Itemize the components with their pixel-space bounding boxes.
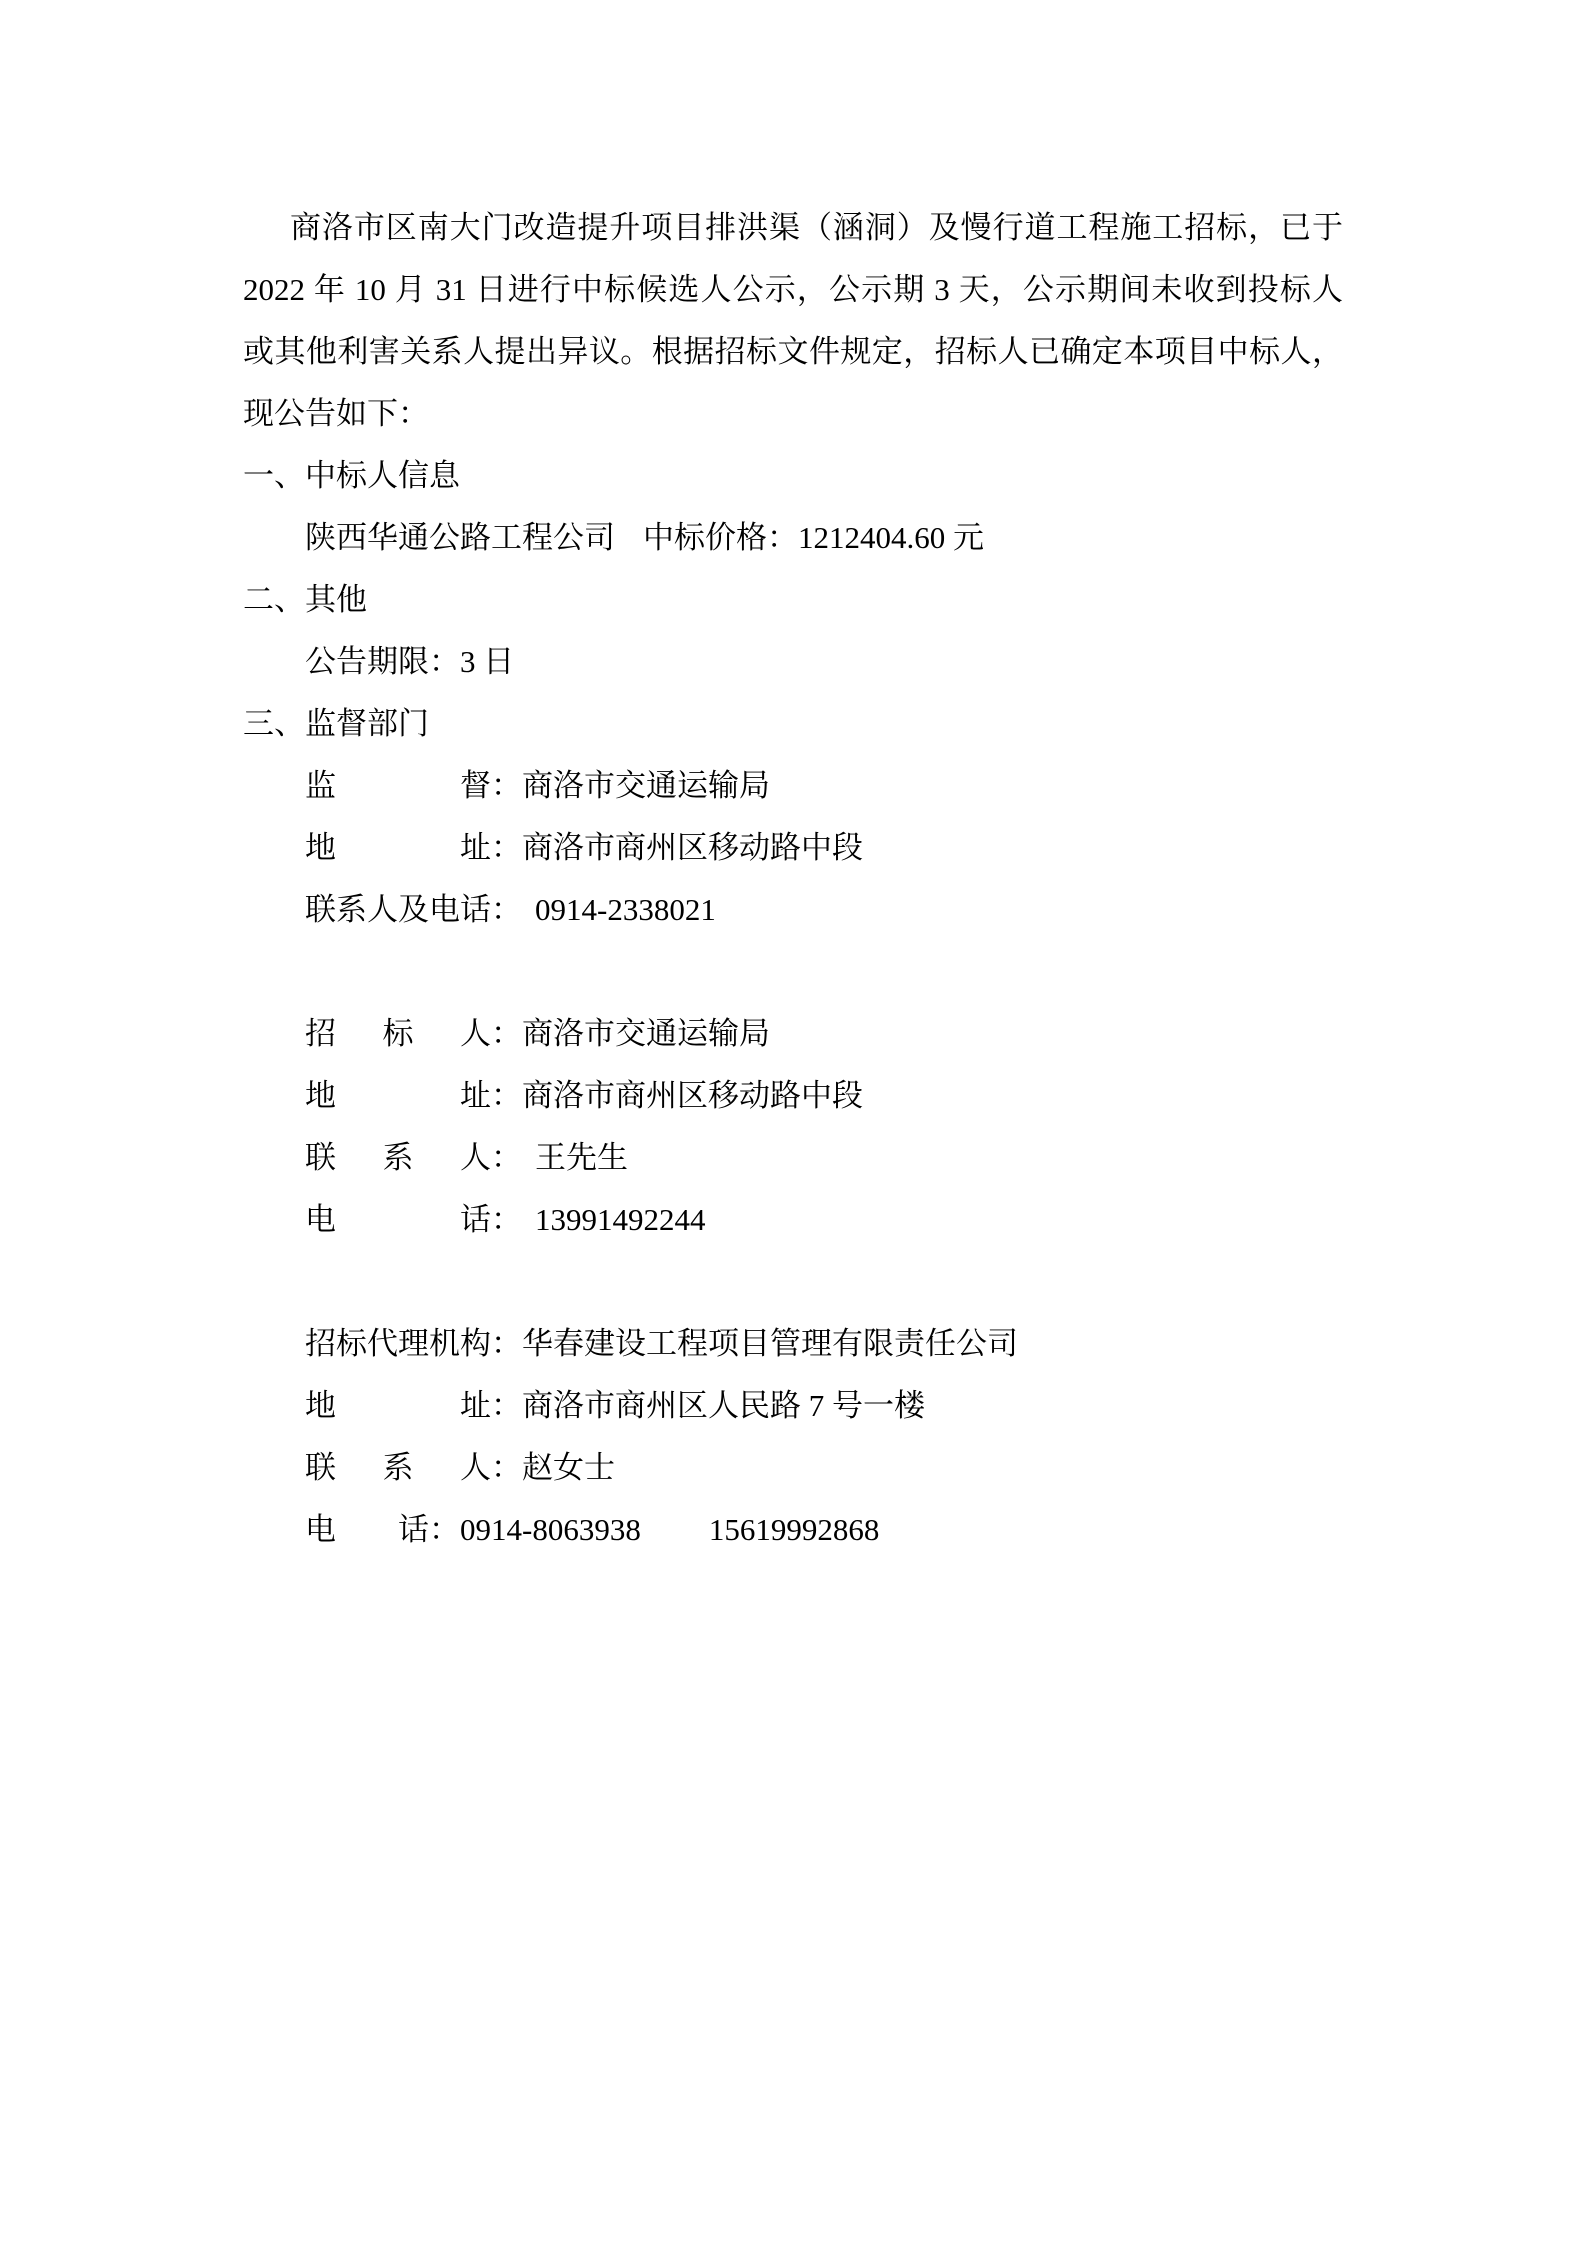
row-value: 商洛市商州区移动路中段 — [522, 1078, 863, 1113]
row-label: 电话 — [305, 1499, 429, 1561]
colon: ： — [491, 892, 522, 927]
row-label: 联系人 — [305, 1127, 491, 1189]
row-value: 赵女士 — [522, 1450, 615, 1485]
price-label: 中标价格 — [643, 520, 767, 555]
paragraph-line: 2022 年 10 月 31 日进行中标候选人公示，公示期 3 天，公示期间未收… — [243, 259, 1343, 321]
row-value: 商洛市交通运输局 — [522, 1016, 770, 1051]
blank-line — [243, 1251, 1343, 1313]
section-heading-other: 二、其他 — [243, 569, 1343, 631]
colon: ： — [491, 830, 522, 865]
paragraph-line: 或其他利害关系人提出异议。根据招标文件规定，招标人已确定本项目中标人， — [243, 321, 1343, 383]
supervision-row: 联系人及电话：0914-2338021 — [243, 879, 1343, 941]
winner-row: 陕西华通公路工程公司中标价格：1212404.60 元 — [243, 507, 1343, 569]
row-value: 0914-2338021 — [522, 892, 716, 927]
notice-period-label: 公告期限 — [305, 644, 429, 679]
row-label: 联系人 — [305, 1437, 491, 1499]
colon: ： — [491, 1016, 522, 1051]
paragraph-line: 现公告如下： — [243, 383, 1343, 445]
agency-row: 地址：商洛市商州区人民路 7 号一楼 — [243, 1375, 1343, 1437]
row-label: 联系人及电话 — [305, 879, 491, 941]
notice-period-value: 3 日 — [460, 644, 514, 679]
colon: ： — [491, 1140, 522, 1175]
row-label: 电话 — [305, 1189, 491, 1251]
section-heading-supervision: 三、监督部门 — [243, 693, 1343, 755]
row-value: 王先生 — [522, 1140, 628, 1175]
row-label: 地址 — [305, 1375, 491, 1437]
supervision-row: 监督：商洛市交通运输局 — [243, 755, 1343, 817]
tenderer-row: 招标人：商洛市交通运输局 — [243, 1003, 1343, 1065]
row-label: 地址 — [305, 1065, 491, 1127]
agency-row: 联系人：赵女士 — [243, 1437, 1343, 1499]
colon: ： — [491, 1326, 522, 1361]
tenderer-row: 地址：商洛市商州区移动路中段 — [243, 1065, 1343, 1127]
row-value: 商洛市商州区人民路 7 号一楼 — [522, 1388, 925, 1423]
price-value: 1212404.60 元 — [798, 520, 984, 555]
colon: ： — [429, 1512, 460, 1547]
colon: ： — [491, 1078, 522, 1113]
tenderer-row: 电话：13991492244 — [243, 1189, 1343, 1251]
tenderer-row: 联系人：王先生 — [243, 1127, 1343, 1189]
row-value: 13991492244 — [522, 1202, 706, 1237]
agency-phone-2: 15619992868 — [709, 1512, 880, 1547]
agency-row: 电话：0914-806393815619992868 — [243, 1499, 1343, 1561]
blank-line — [243, 941, 1343, 1003]
notice-period-row: 公告期限：3 日 — [243, 631, 1343, 693]
row-value: 商洛市交通运输局 — [522, 768, 770, 803]
colon: ： — [491, 1450, 522, 1485]
paragraph-line: 商洛市区南大门改造提升项目排洪渠（涵洞）及慢行道工程施工招标，已于 — [243, 197, 1343, 259]
colon: ： — [491, 1388, 522, 1423]
row-label: 监督 — [305, 755, 491, 817]
winner-name: 陕西华通公路工程公司 — [305, 520, 615, 555]
agency-row: 招标代理机构：华春建设工程项目管理有限责任公司 — [243, 1313, 1343, 1375]
section-heading-winner-info: 一、中标人信息 — [243, 445, 1343, 507]
document-body: 商洛市区南大门改造提升项目排洪渠（涵洞）及慢行道工程施工招标，已于 2022 年… — [243, 197, 1343, 1561]
supervision-row: 地址：商洛市商州区移动路中段 — [243, 817, 1343, 879]
colon: ： — [491, 768, 522, 803]
row-label: 地址 — [305, 817, 491, 879]
document-page: 商洛市区南大门改造提升项目排洪渠（涵洞）及慢行道工程施工招标，已于 2022 年… — [0, 0, 1587, 2245]
row-label: 招标代理机构 — [305, 1313, 491, 1375]
agency-phone-1: 0914-8063938 — [460, 1512, 641, 1547]
row-label: 招标人 — [305, 1003, 491, 1065]
row-value: 华春建设工程项目管理有限责任公司 — [522, 1326, 1018, 1361]
colon: ： — [767, 520, 798, 555]
colon: ： — [491, 1202, 522, 1237]
row-value: 商洛市商州区移动路中段 — [522, 830, 863, 865]
colon: ： — [429, 644, 460, 679]
